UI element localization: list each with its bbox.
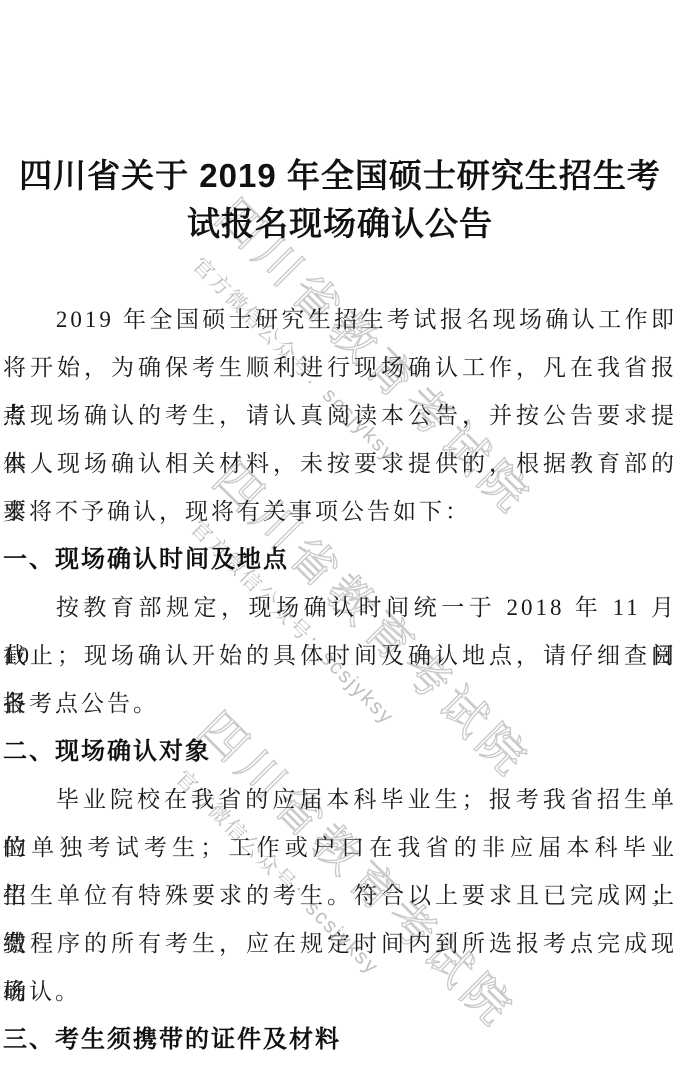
- intro-line: 点现场确认的考生，请认真阅读本公告，并按公告要求提供: [3, 392, 677, 440]
- intro-line: 将开始，为确保考生顺利进行现场确认工作，凡在我省报考: [3, 344, 677, 392]
- intro-line: 本人现场确认相关材料，未按要求提供的，根据教育部的要: [3, 440, 677, 488]
- page-title-line-1: 四川省关于 2019 年全国硕士研究生招生考: [3, 152, 677, 200]
- section-2-line: 的单独考试考生；工作或户口在我省的非应届本科毕业生；: [3, 824, 677, 872]
- section-2-line: 毕业院校在我省的应届本科毕业生；报考我省招生单位: [3, 776, 677, 824]
- section-2-heading: 二、现场确认对象: [3, 728, 677, 776]
- section-1-line: 截止；现场确认开始的具体时间及确认地点，请仔细查阅各: [3, 632, 677, 680]
- announcement-page: 四川省教育考试院 官方微信公众号：scsjyksy 四川省教育考试院 官方微信公…: [0, 0, 680, 1077]
- title-spacer: [3, 248, 677, 296]
- page-title-line-2: 试报名现场确认公告: [3, 200, 677, 248]
- intro-line: 求将不予确认，现将有关事项公告如下：: [3, 488, 677, 536]
- document-content: 四川省关于 2019 年全国硕士研究生招生考 试报名现场确认公告 2019 年全…: [3, 152, 677, 1064]
- intro-line: 2019 年全国硕士研究生招生考试报名现场确认工作即: [3, 296, 677, 344]
- section-1-heading: 一、现场确认时间及地点: [3, 536, 677, 584]
- section-2-line: 招生单位有特殊要求的考生。符合以上要求且已完成网上缴: [3, 872, 677, 920]
- section-2-line: 费程序的所有考生，应在规定时间内到所选报考点完成现场: [3, 920, 677, 968]
- section-2-line: 确认。: [3, 968, 677, 1016]
- section-1-line: 报考点公告。: [3, 680, 677, 728]
- section-1-line: 按教育部规定，现场确认时间统一于 2018 年 11 月 10 日: [3, 584, 677, 632]
- section-3-heading: 三、考生须携带的证件及材料: [3, 1016, 677, 1064]
